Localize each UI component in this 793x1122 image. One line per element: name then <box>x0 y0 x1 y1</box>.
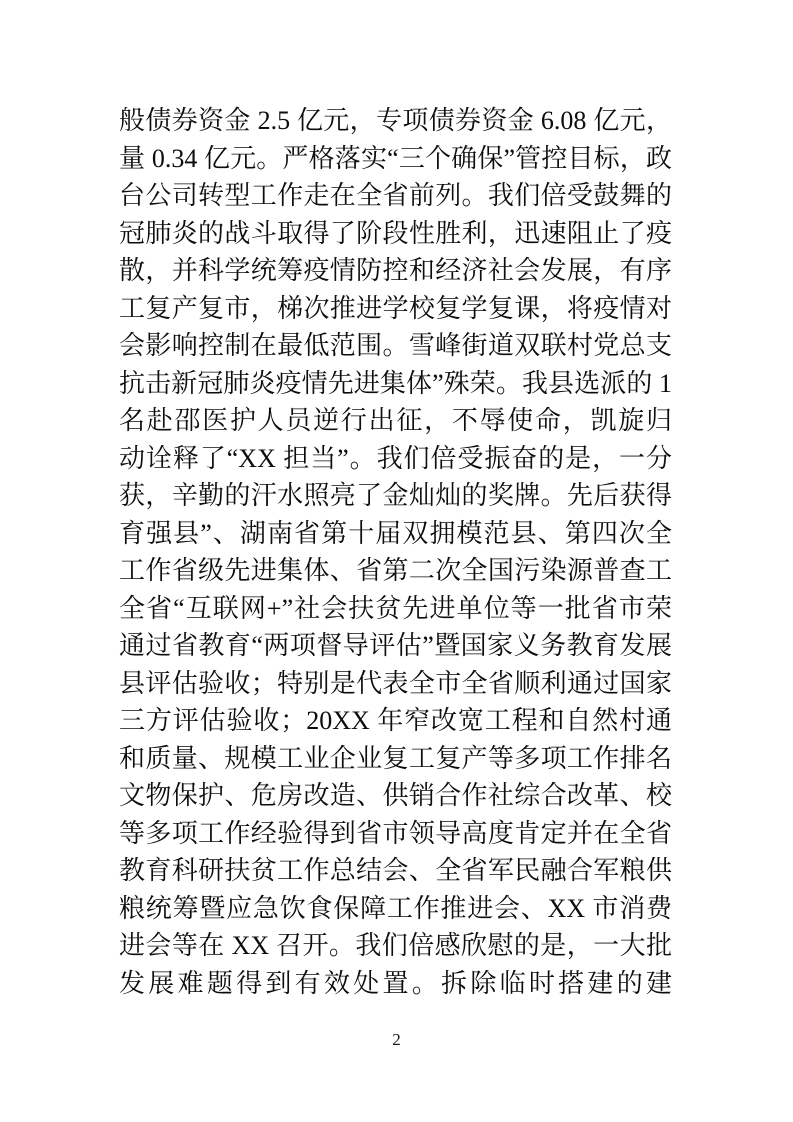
text-line: 县评估验收；特别是代表全市全省顺利通过国家脱贫攻坚第 <box>119 665 672 703</box>
text-line: 通过省教育“两项督导评估”暨国家义务教育发展基本均衡 <box>119 627 672 665</box>
text-line: 工作省级先进集体、省第二次全国污染源普查工作先进单位、 <box>119 552 672 590</box>
text-line: 等多项工作经验得到省市领导高度肯定并在全省推广；全省 <box>119 815 672 853</box>
text-line: 发展难题得到有效处置。拆除临时搭建的建（构）筑物 375 <box>119 965 672 1003</box>
text-line: 般债券资金 2.5 亿元，专项债券资金 6.08 亿元，财力补助增 <box>119 102 672 140</box>
text-line: 教育科研扶贫工作总结会、全省军民融合军粮供应工程和军 <box>119 852 672 890</box>
text-line: 动诠释了“XX 担当”。我们倍受振奋的是，一分耕耘一分收 <box>119 440 672 478</box>
text-line: 量 0.34 亿元。严格落实“三个确保”管控目标，政府融资平 <box>119 140 672 178</box>
text-line: 粮统筹暨应急饮食保障工作推进会、XX 市消费扶贫现场推 <box>119 890 672 928</box>
text-line: 进会等在 XX 召开。我们倍感欣慰的是，一大批遗留问题、 <box>119 927 672 965</box>
document-page: 般债券资金 2.5 亿元，专项债券资金 6.08 亿元，财力补助增 量 0.34… <box>0 0 793 1122</box>
page-number: 2 <box>0 1030 793 1050</box>
body-text: 般债券资金 2.5 亿元，专项债券资金 6.08 亿元，财力补助增 量 0.34… <box>119 102 672 1002</box>
text-line: 散，并科学统筹疫情防控和经济社会发展，有序推进企业复 <box>119 252 672 290</box>
text-line: 三方评估验收；20XX 年窄改宽工程和自然村通水泥路速度 <box>119 702 672 740</box>
text-line: 获，辛勤的汗水照亮了金灿灿的奖牌。先后获得湖南省“教 <box>119 477 672 515</box>
text-line: 会影响控制在最低范围。雪峰街道双联村党总支获得“全国 <box>119 327 672 365</box>
text-line: 工复产复市，梯次推进学校复学复课，将疫情对我县经济社 <box>119 290 672 328</box>
text-line: 名赴邵医护人员逆行出征，不辱使命，凯旋归来，用实际行 <box>119 402 672 440</box>
text-line: 冠肺炎的战斗取得了阶段性胜利，迅速阻止了疫情在我县扩 <box>119 215 672 253</box>
text-line: 抗击新冠肺炎疫情先进集体”殊荣。我县选派的 1 名援鄂 9 <box>119 365 672 403</box>
text-line: 全省“互联网+”社会扶贫先进单位等一批省市荣誉；顺利 <box>119 590 672 628</box>
text-line: 育强县”、湖南省第十届双拥模范县、第四次全国经济普查 <box>119 515 672 553</box>
text-line: 和质量、规模工业企业复工复产等多项工作排名全市第一； <box>119 740 672 778</box>
text-line: 文物保护、危房改造、供销合作社综合改革、校内延时服务 <box>119 777 672 815</box>
text-line: 台公司转型工作走在全省前列。我们倍受鼓舞的是，抗击新 <box>119 177 672 215</box>
